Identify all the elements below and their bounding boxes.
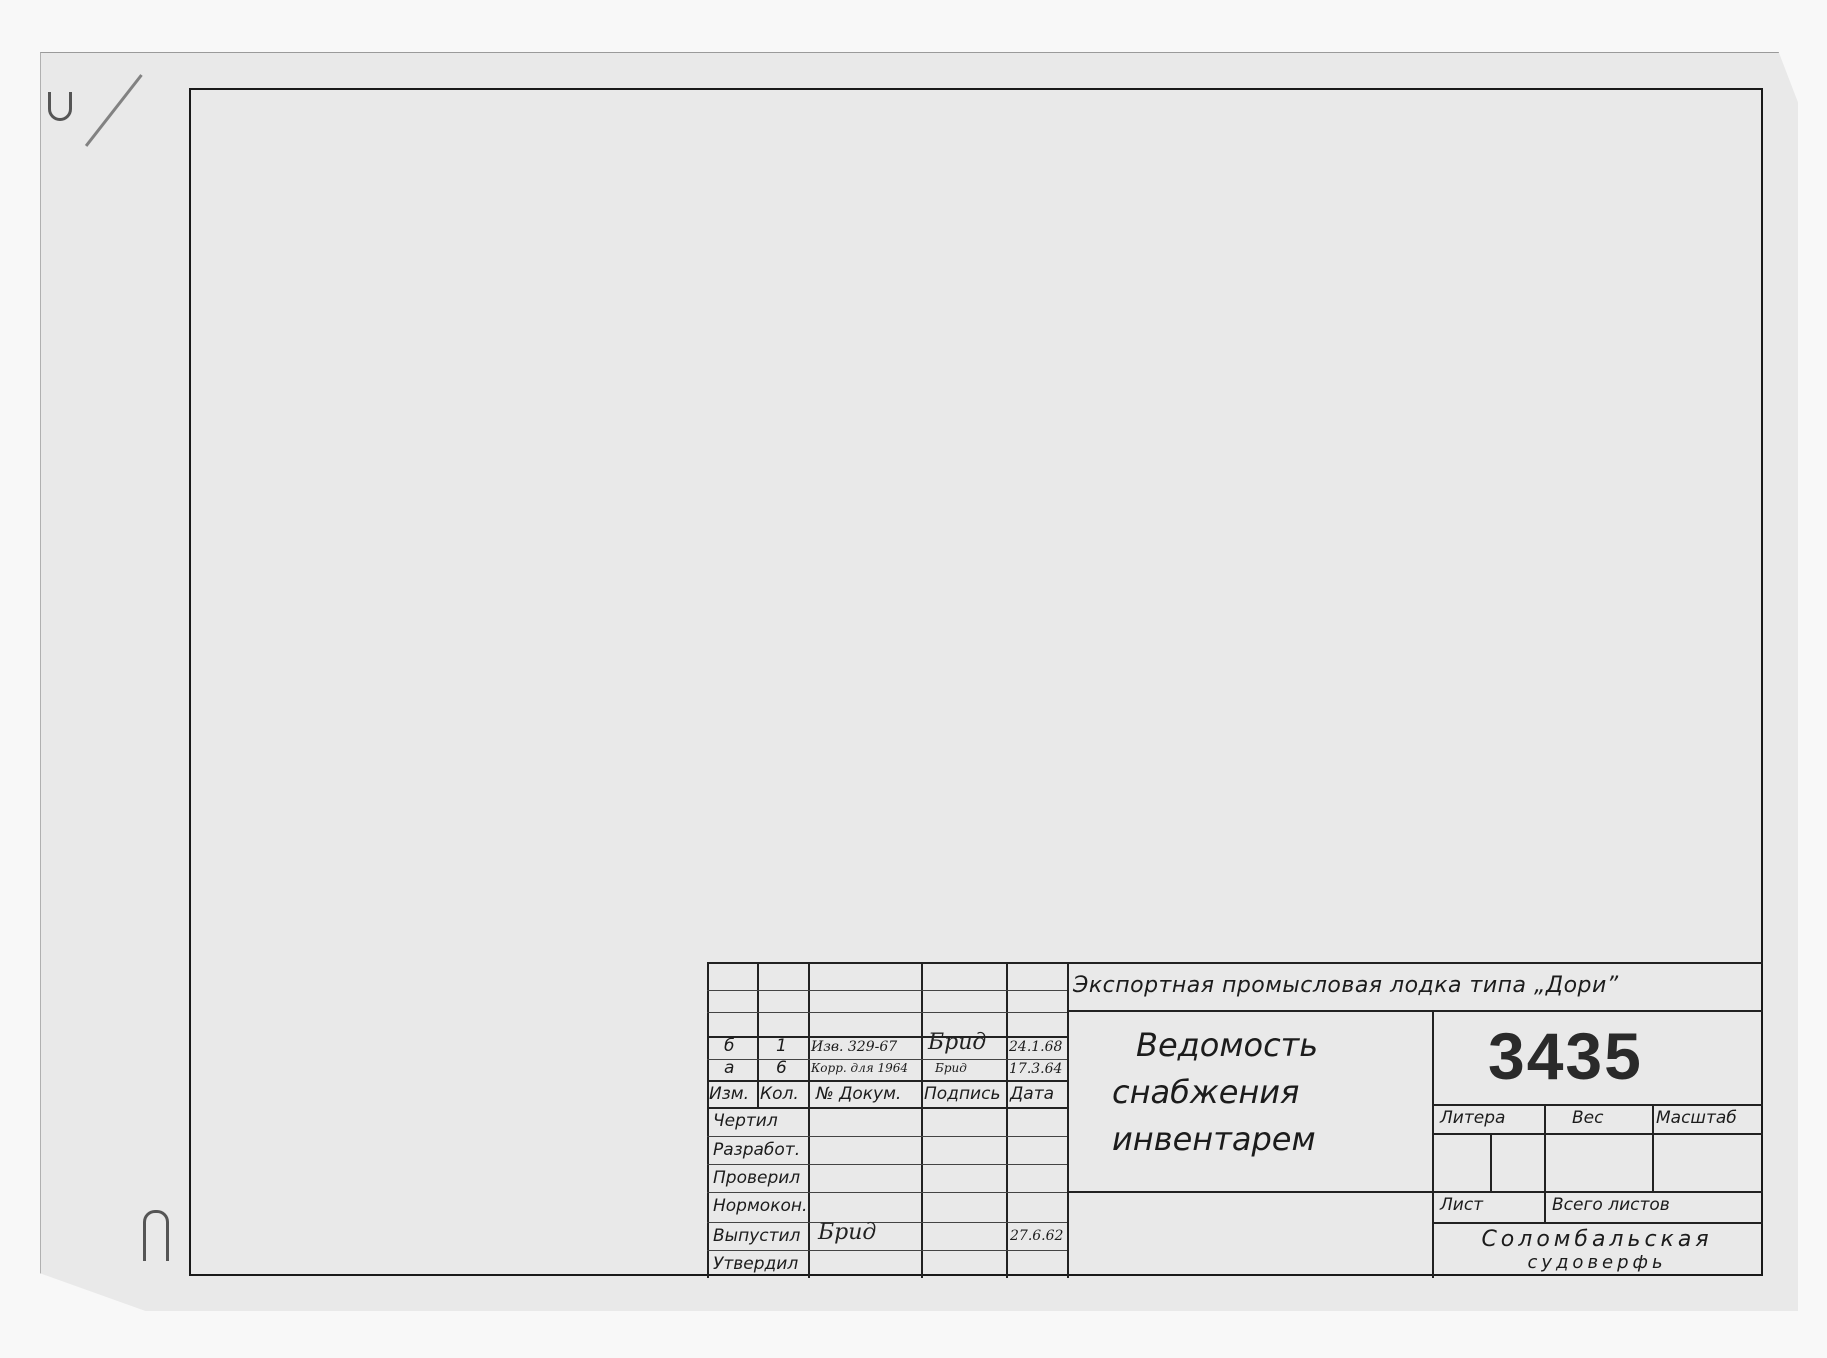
sheet-label: Лист (1440, 1195, 1483, 1215)
revision-mark: а (724, 1058, 734, 1078)
approval-role: Проверил (713, 1168, 800, 1188)
revision-signature: Брид (928, 1030, 986, 1055)
approval-role: Чертил (713, 1111, 778, 1131)
drawing-number: 3435 (1488, 1018, 1643, 1094)
header-signature: Подпись (924, 1084, 1000, 1104)
approval-role: Нормокон. (713, 1196, 807, 1216)
revision-doc-no: Корр. для 1964 (811, 1061, 908, 1075)
staple-mark-top (48, 92, 72, 121)
staple-mark-bottom (143, 1210, 169, 1261)
approval-role: Разработ. (713, 1140, 800, 1160)
revision-signature: Брид (935, 1061, 967, 1075)
drawing-title-line-1: Ведомость (1136, 1026, 1318, 1064)
project-title: Экспортная промысловая лодка типа „Дори” (1073, 973, 1619, 998)
revision-doc-no: Изв. 329-67 (811, 1039, 897, 1055)
scale-label: Масштаб (1656, 1108, 1737, 1128)
total-sheets-label: Всего листов (1552, 1195, 1670, 1215)
header-change: Изм. (709, 1084, 749, 1104)
litera-label: Литера (1440, 1108, 1505, 1128)
revision-date: 17.3.64 (1009, 1061, 1062, 1077)
weight-label: Вес (1572, 1108, 1603, 1128)
revision-qty: 6 (776, 1058, 787, 1078)
header-qty: Кол. (760, 1084, 799, 1104)
approval-signature: Брид (818, 1220, 876, 1245)
approval-date: 27.6.62 (1010, 1228, 1063, 1244)
approval-role: Утвердил (713, 1254, 798, 1274)
header-date: Дата (1010, 1084, 1054, 1104)
organization-line-1: Соломбальская (1432, 1228, 1762, 1252)
revision-mark: б (724, 1036, 734, 1056)
drawing-title-line-3: инвентарем (1112, 1120, 1316, 1158)
approval-role: Выпустил (713, 1226, 800, 1246)
header-doc-no: № Докум. (816, 1084, 901, 1104)
drawing-title-line-2: снабжения (1112, 1073, 1299, 1111)
revision-date: 24.1.68 (1009, 1039, 1062, 1055)
revision-qty: 1 (776, 1036, 787, 1056)
organization-line-2: судоверфь (1432, 1251, 1762, 1275)
